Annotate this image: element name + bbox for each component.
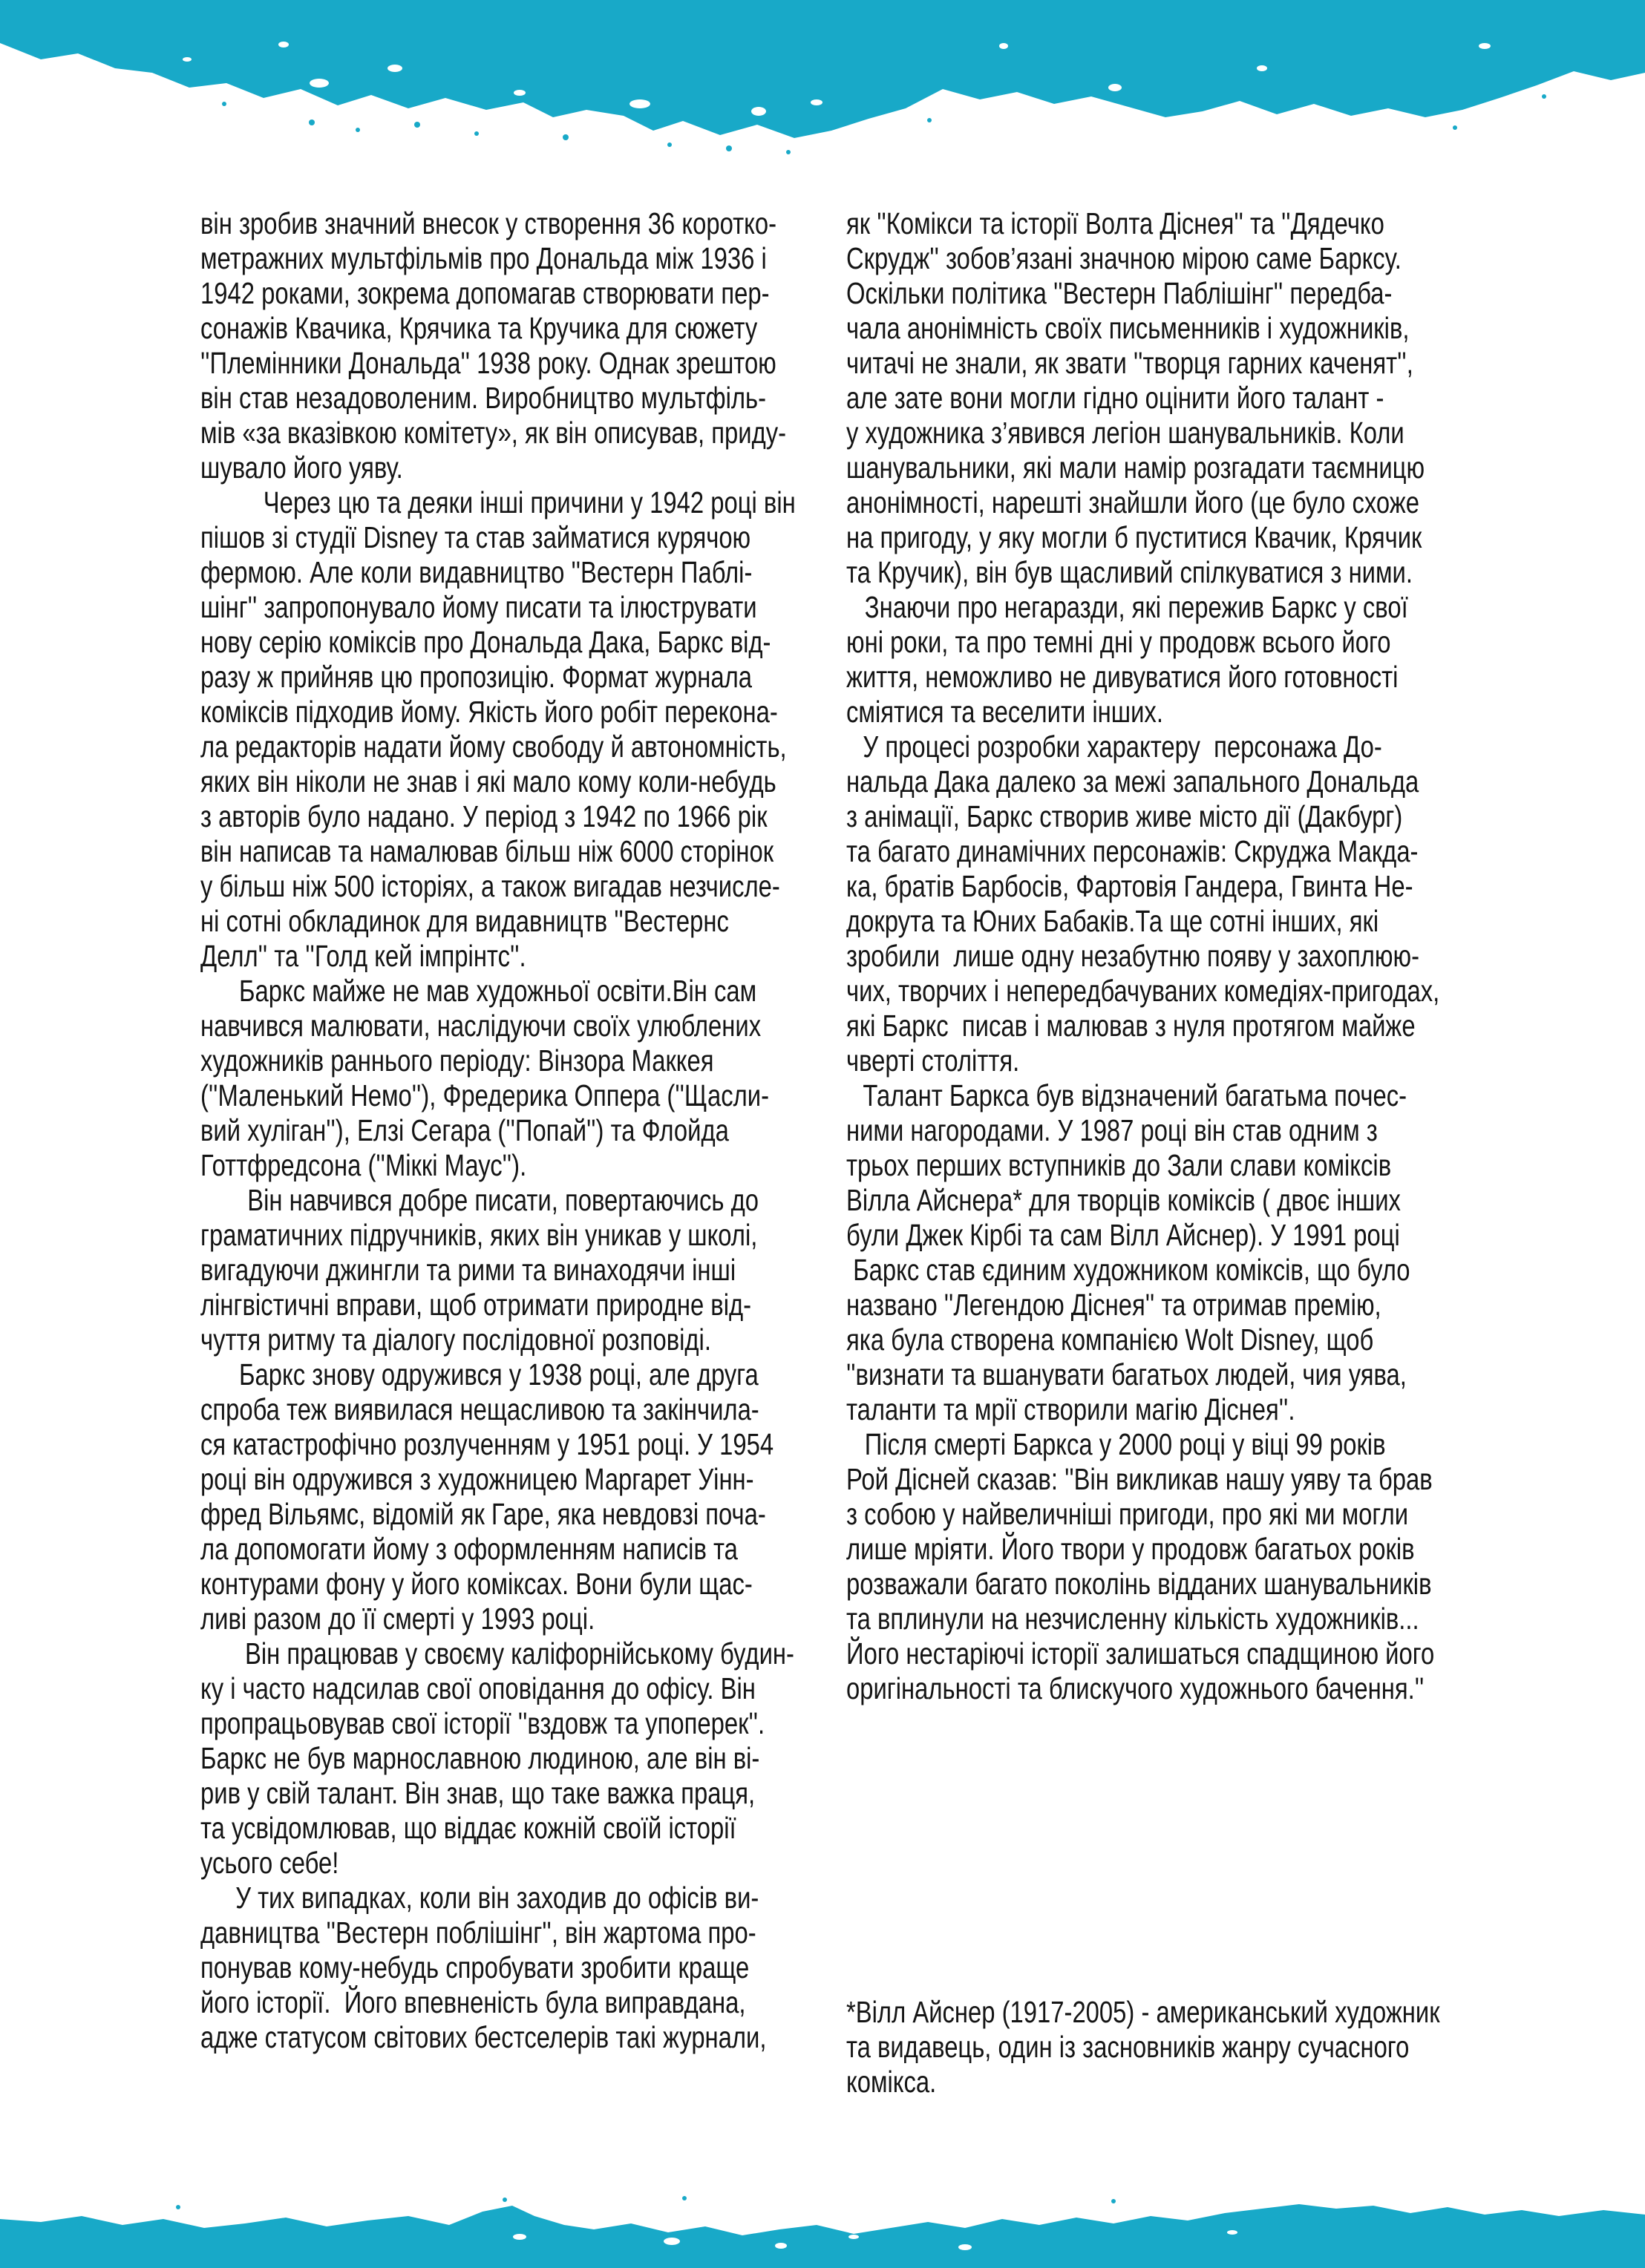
text-line: як ''Комікси та історії Волта Діснея'' т… [846, 206, 1439, 241]
footnote: *Вілл Айснер (1917-2005) - американський… [846, 1995, 1588, 2100]
text-line: таланти та мрії створили магію Діснея''. [846, 1392, 1439, 1427]
text-line: вий хуліган''), Елзі Сегара (''Попай'') … [200, 1113, 796, 1148]
text-line: яких він ніколи не знав і які мало кому … [200, 764, 796, 799]
text-line: шувало його уяву. [200, 450, 796, 485]
text-line: лише мріяти. Його твори у продовж багать… [846, 1532, 1439, 1567]
top-brush-band [0, 0, 1645, 171]
text-line: Делл'' та ''Голд кей імпрінтс''. [200, 939, 796, 974]
text-line: граматичних підручників, яких він уникав… [200, 1218, 796, 1253]
text-column-right: як ''Комікси та історії Волта Діснея'' т… [846, 206, 1588, 1706]
text-line: Він навчився добре писати, повертаючись … [200, 1183, 796, 1218]
text-line: усього себе! [200, 1846, 796, 1881]
text-line: та усвідомлював, що віддає кожній своїй … [200, 1811, 796, 1846]
text-line: *Вілл Айснер (1917-2005) - американський… [846, 1995, 1440, 2030]
text-line: У тих випадках, коли він заходив до офіс… [200, 1881, 796, 1915]
text-line: яка була створена компанією Wolt Disney,… [846, 1323, 1439, 1357]
text-line: які Баркс писав і малював з нуля протяго… [846, 1009, 1439, 1043]
paragraph: як ''Комікси та історії Волта Діснея'' т… [846, 206, 1588, 311]
text-line: Вілла Айснера* для творців коміксів ( дв… [846, 1183, 1439, 1218]
text-line: художників раннього періоду: Вінзора Мак… [200, 1043, 796, 1078]
text-line: Скрудж'' зобов’язані значною мірою саме … [846, 241, 1439, 276]
text-line: навчився малювати, наслідуючи своїх улюб… [200, 1009, 796, 1043]
text-line: пропрацьовував свої історії ''вздовж та … [200, 1706, 796, 1741]
text-line: ними нагородами. У 1987 році він став од… [846, 1113, 1439, 1148]
text-line: розважали багато поколінь відданих шанув… [846, 1567, 1439, 1602]
paragraph: У процесі розробки характеру персонажа Д… [846, 730, 1588, 1078]
text-line: юні роки, та про темні дні у продовж всь… [846, 625, 1439, 660]
text-line: рив у свій талант. Він знав, що таке важ… [200, 1776, 796, 1811]
paragraph: чала анонімність своїх письменників і ху… [846, 311, 1588, 590]
text-line: вигадуючи джингли та рими та винаходячи … [200, 1253, 796, 1288]
paragraph: Знаючи про негаразди, які пережив Баркс … [846, 590, 1588, 730]
text-line: шанувальники, які мали намір розгадати т… [846, 450, 1439, 485]
paragraph: Талант Баркса був відзначений багатьма п… [846, 1078, 1588, 1427]
text-line: та видавець, один із засновників жанру с… [846, 2030, 1440, 2065]
paragraph: Баркс знову одружився у 1938 році, але д… [200, 1357, 944, 1636]
text-line: коміксів підходив йому. Якість його робі… [200, 695, 796, 730]
text-line: ливі разом до її смерті у 1993 році. [200, 1602, 796, 1636]
text-line: Баркс не був марнославною людиною, але в… [200, 1741, 796, 1776]
text-line: Баркс знову одружився у 1938 році, але д… [200, 1357, 796, 1392]
text-line: понував кому-небудь спробувати зробити к… [200, 1950, 796, 1985]
text-line: Він працював у своєму каліфорнійському б… [200, 1636, 796, 1671]
text-line: сміятися та веселити інших. [846, 695, 1439, 730]
text-line: та багато динамічних персонажів: Скруджа… [846, 834, 1439, 869]
bottom-brush-band [0, 2194, 1645, 2268]
text-line: фермою. Але коли видавництво ''Вестерн П… [200, 555, 796, 590]
text-line: з собою у найвеличніші пригоди, про які … [846, 1497, 1439, 1532]
text-line: з авторів було надано. У період з 1942 п… [200, 799, 796, 834]
text-line: У процесі розробки характеру персонажа Д… [846, 730, 1439, 764]
text-line: його історії. Його впевненість була випр… [200, 1985, 796, 2020]
text-line: метражних мультфільмів про Дональда між … [200, 241, 796, 276]
text-line: чала анонімність своїх письменників і ху… [846, 311, 1439, 346]
text-column-left: він зробив значний внесок у створення 36… [200, 206, 944, 2055]
text-line: він став незадоволеним. Виробництво муль… [200, 381, 796, 416]
text-line: на пригоду, у яку могли б пуститися Квач… [846, 520, 1439, 555]
text-line: пішов зі студії Disney та став займатися… [200, 520, 796, 555]
text-line: ка, братів Барбосів, Фартовія Гандера, Г… [846, 869, 1439, 904]
paragraph: він зробив значний внесок у створення 36… [200, 206, 944, 485]
text-line: названо ''Легендою Діснея'' та отримав п… [846, 1288, 1439, 1323]
text-line: нальда Дака далеко за межі запального До… [846, 764, 1439, 799]
text-line: та вплинули на незчисленну кількість худ… [846, 1602, 1439, 1636]
text-line: році він одружився з художницею Маргарет… [200, 1462, 796, 1497]
text-line: комікса. [846, 2065, 1440, 2100]
scanned-document-page: він зробив значний внесок у створення 36… [0, 0, 1645, 2268]
text-line: Готтфредсона (''Міккі Маус''). [200, 1148, 796, 1183]
text-line: але зате вони могли гідно оцінити його т… [846, 381, 1439, 416]
text-line: ла допомогати йому з оформленням написів… [200, 1532, 796, 1567]
text-line: анонімності, нарешті знайшли його (це бу… [846, 485, 1439, 520]
paragraph: У тих випадках, коли він заходив до офіс… [200, 1881, 944, 2055]
text-line: ку і часто надсилав свої оповідання до о… [200, 1671, 796, 1706]
text-line: Через цю та деяки інші причини у 1942 ро… [200, 485, 796, 520]
text-line: чих, творчих і непередбачуваних комедіях… [846, 974, 1439, 1009]
text-line: фред Вільямс, відомій як Гаре, яка невдо… [200, 1497, 796, 1532]
text-line: докрута та Юних Бабаків.Та ще сотні інши… [846, 904, 1439, 939]
text-line: давництва ''Вестерн поблішінг'', він жар… [200, 1915, 796, 1950]
text-line: Талант Баркса був відзначений багатьма п… [846, 1078, 1439, 1113]
paragraph: Він працював у своєму каліфорнійському б… [200, 1636, 944, 1881]
text-line: у художника з’явився легіон шанувальникі… [846, 416, 1439, 450]
text-line: з анімації, Баркс створив живе місто дії… [846, 799, 1439, 834]
text-line: Баркс став єдиним художником коміксів, щ… [846, 1253, 1439, 1288]
text-line: зробили лише одну незабутню появу у захо… [846, 939, 1439, 974]
text-line: оригінальності та блискучого художнього … [846, 1671, 1439, 1706]
text-line: трьох перших вступників до Зали слави ко… [846, 1148, 1439, 1183]
text-line: Оскільки політика ''Вестерн Паблішінг'' … [846, 276, 1439, 311]
text-line: чверті століття. [846, 1043, 1439, 1078]
text-line: та Кручик), він був щасливий спілкуватис… [846, 555, 1439, 590]
text-line: він написав та намалював більш ніж 6000 … [200, 834, 796, 869]
text-line: 1942 роками, зокрема допомагав створюват… [200, 276, 796, 311]
text-line: він зробив значний внесок у створення 36… [200, 206, 796, 241]
text-line: життя, неможливо не дивуватися його гото… [846, 660, 1439, 695]
text-line: ''Племінники Дональда'' 1938 року. Однак… [200, 346, 796, 381]
text-line: лінгвістичні вправи, щоб отримати природ… [200, 1288, 796, 1323]
paragraph: Баркс майже не мав художньої освіти.Він … [200, 974, 944, 1183]
text-line: у більш ніж 500 історіях, а також вигада… [200, 869, 796, 904]
text-line: ся катастрофічно розлученням у 1951 році… [200, 1427, 796, 1462]
text-line: Баркс майже не мав художньої освіти.Він … [200, 974, 796, 1009]
text-line: контурами фону у його коміксах. Вони бул… [200, 1567, 796, 1602]
text-line: адже статусом світових бестселерів такі … [200, 2020, 796, 2055]
text-line: Його нестаріючі історії залишаться спадщ… [846, 1636, 1439, 1671]
text-line: спроба теж виявилася нещасливою та закін… [200, 1392, 796, 1427]
text-line: шінг'' запропонувало йому писати та ілюс… [200, 590, 796, 625]
paragraph: Він навчився добре писати, повертаючись … [200, 1183, 944, 1357]
text-line: разу ж прийняв цю пропозицію. Формат жур… [200, 660, 796, 695]
text-line: ла редакторів надати йому свободу й авто… [200, 730, 796, 764]
text-line: ні сотні обкладинок для видавництв ''Вес… [200, 904, 796, 939]
text-line: чуття ритму та діалогу послідовної розпо… [200, 1323, 796, 1357]
text-line: мів «за вказівкою комітету», як він опис… [200, 416, 796, 450]
text-line: сонажів Квачика, Крячика та Кручика для … [200, 311, 796, 346]
paragraph: Після смерті Баркса у 2000 році у віці 9… [846, 1427, 1588, 1706]
text-line: ''визнати та вшанувати багатьох людей, ч… [846, 1357, 1439, 1392]
text-line: Після смерті Баркса у 2000 році у віці 9… [846, 1427, 1439, 1462]
paragraph: *Вілл Айснер (1917-2005) - американський… [846, 1995, 1588, 2100]
text-line: нову серію коміксів про Дональда Дака, Б… [200, 625, 796, 660]
text-line: (''Маленький Немо''), Фредерика Оппера (… [200, 1078, 796, 1113]
text-line: читачі не знали, як звати ''творця гарни… [846, 346, 1439, 381]
text-line: Рой Дісней сказав: ''Він викликав нашу у… [846, 1462, 1439, 1497]
text-line: Знаючи про негаразди, які пережив Баркс … [846, 590, 1439, 625]
text-line: були Джек Кірбі та сам Вілл Айснер). У 1… [846, 1218, 1439, 1253]
paragraph: Через цю та деяки інші причини у 1942 ро… [200, 485, 944, 974]
